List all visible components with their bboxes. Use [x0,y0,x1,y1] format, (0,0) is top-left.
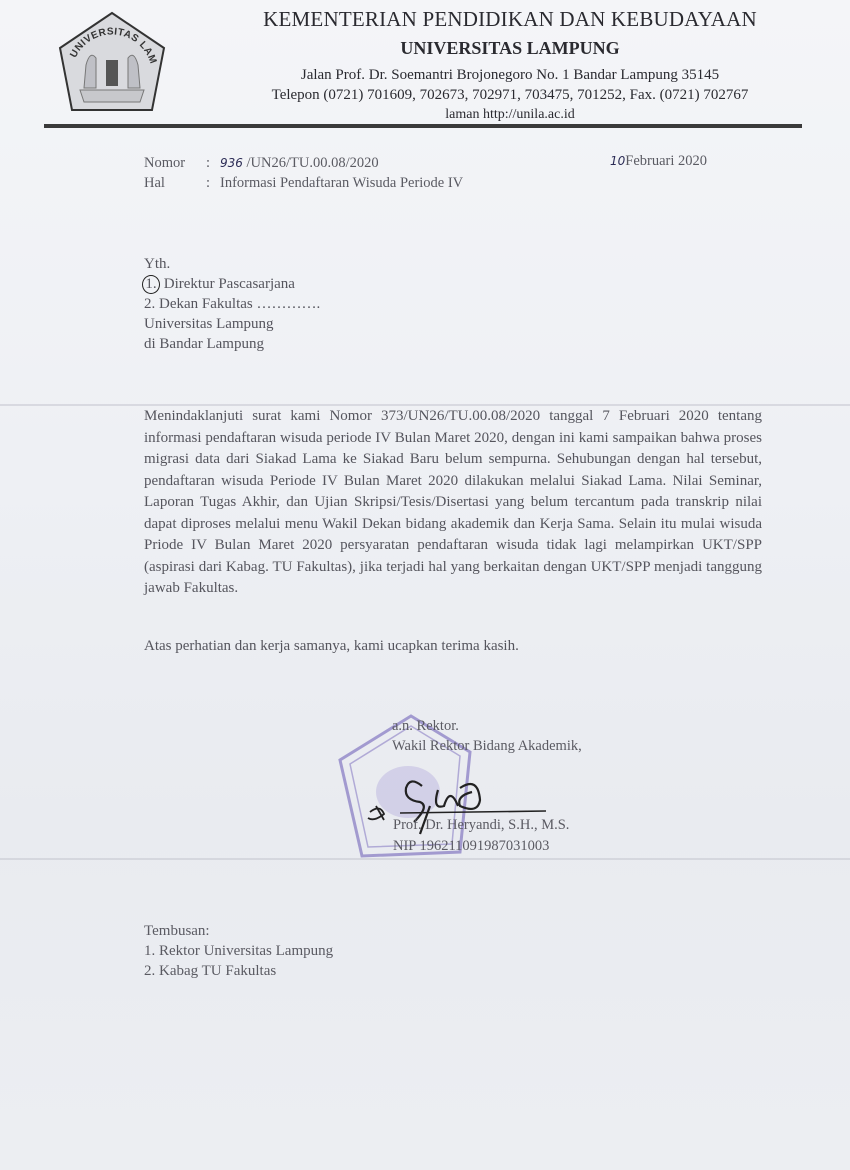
addressee-item-2: 2. Dekan Fakultas …………. [144,294,320,314]
letter-date: 10Februari 2020 [610,153,707,170]
body-paragraph: Menindaklanjuti surat kami Nomor 373/UN2… [144,406,762,600]
tembusan-item: 2. Kabag TU Fakultas [144,961,333,981]
closing-line: Atas perhatian dan kerja samanya, kami u… [144,638,519,655]
signatory-title: Wakil Rektor Bidang Akademik, [392,736,582,756]
greeting: Yth. [144,254,320,274]
addressee-line-3: Universitas Lampung [144,314,320,334]
hal-value: Informasi Pendaftaran Wisuda Periode IV [220,173,463,193]
address: Jalan Prof. Dr. Soemantri Brojonegoro No… [180,65,840,85]
tembusan: Tembusan: 1. Rektor Universitas Lampung … [144,921,333,981]
university-logo-icon: UNIVERSITAS LAMPUNG [56,10,168,114]
addressee: Yth. 1. Direktur Pascasarjana 2. Dekan F… [144,254,320,354]
date-handwritten: 10 [610,154,625,168]
letterhead-divider [44,124,802,128]
letter-body: Menindaklanjuti surat kami Nomor 373/UN2… [144,406,762,600]
addressee-item-1: 1. Direktur Pascasarjana [144,274,320,294]
hal-label: Hal [144,173,206,193]
letter-meta: Nomor : 936 /UN26/TU.00.08/2020 Hal : In… [144,153,463,193]
handwritten-circle: 1. [142,275,160,294]
signature-block: a.n. Rektor. Wakil Rektor Bidang Akademi… [392,716,582,756]
website: laman http://unila.ac.id [180,105,840,125]
tembusan-item: 1. Rektor Universitas Lampung [144,941,333,961]
nomor-label: Nomor [144,153,206,173]
letterhead: KEMENTERIAN PENDIDIKAN DAN KEBUDAYAAN UN… [180,0,840,125]
letter-page: UNIVERSITAS LAMPUNG KEMENTERIAN PENDIDIK… [0,0,850,1170]
nomor-value: /UN26/TU.00.08/2020 [247,153,379,173]
university-name: UNIVERSITAS LAMPUNG [180,35,840,61]
date-value: Februari 2020 [625,153,707,169]
addressee-line-4: di Bandar Lampung [144,334,320,354]
nomor-handwritten: 936 [220,153,243,173]
phone: Telepon (0721) 701609, 702673, 702971, 7… [180,85,840,105]
signatory-nip: NIP 196211091987031003 [393,838,549,855]
signatory-name: Prof. Dr. Heryandi, S.H., M.S. [393,817,569,834]
tembusan-label: Tembusan: [144,921,333,941]
on-behalf-of: a.n. Rektor. [392,716,582,736]
ministry-name: KEMENTERIAN PENDIDIKAN DAN KEBUDAYAAN [180,5,840,33]
